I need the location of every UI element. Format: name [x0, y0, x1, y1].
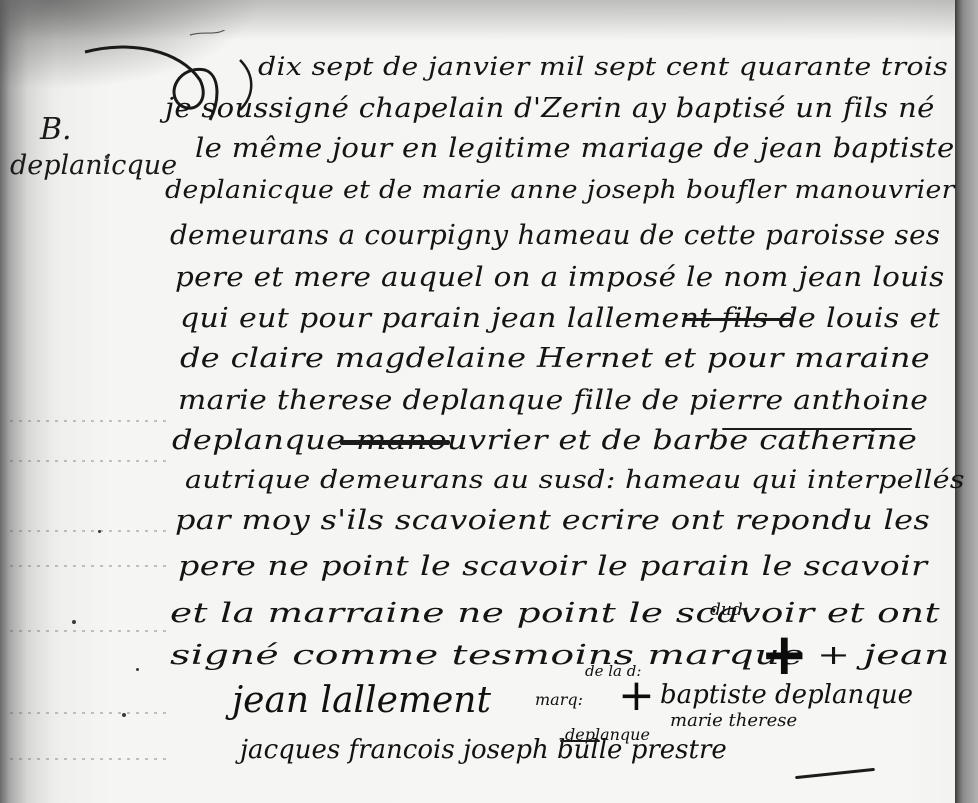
text-line-6: pere et mere auquel on a imposé le nom j…	[175, 262, 945, 293]
text-line-3: le même jour en legitime mariage de jean…	[195, 133, 955, 164]
faint-rule	[10, 565, 170, 567]
ink-speck	[72, 620, 76, 624]
paraphe-stroke	[795, 768, 875, 779]
text-line-13: pere ne point le scavoir le parain le sc…	[178, 551, 927, 582]
signature-baptiste-deplanque: baptiste deplanque	[660, 680, 913, 710]
faint-rule	[10, 530, 170, 532]
text-line-14: et la marraine ne point le scavoir et on…	[170, 598, 940, 629]
underline-stroke	[722, 428, 912, 430]
text-line-15: signé comme tesmoins marque + jean	[170, 640, 950, 671]
text-line-4: deplanicque et de marie anne joseph bouf…	[165, 175, 955, 204]
paraphe-stroke	[560, 740, 600, 742]
text-line-11: autrique demeurans au susd: hameau qui i…	[185, 465, 965, 494]
cross-mark-icon: +	[760, 620, 809, 688]
cross-mark-icon: +	[618, 670, 655, 721]
faint-rule	[10, 460, 170, 462]
signature-marq-label: marq:	[535, 690, 583, 709]
ink-speck	[136, 668, 139, 671]
ink-speck	[105, 155, 109, 159]
faint-rule	[10, 758, 170, 760]
scanned-register-page: B. deplanicque dix sept de janvier mil s…	[0, 0, 978, 803]
strike-through-stroke	[340, 440, 450, 445]
text-line-5: demeurans a courpigny hameau de cette pa…	[170, 220, 940, 251]
faint-rule	[10, 630, 170, 632]
faint-rule	[10, 420, 170, 422]
text-line-7: qui eut pour parain jean lallement fils …	[180, 303, 940, 334]
text-line-9: marie therese deplanque fille de pierre …	[178, 385, 928, 416]
ink-speck	[122, 713, 126, 717]
text-line-1: dix sept de janvier mil sept cent quaran…	[258, 52, 948, 81]
text-line-12: par moy s'ils scavoient ecrire ont repon…	[175, 505, 930, 536]
strike-through-stroke	[683, 318, 793, 321]
signature-marie-therese: marie therese	[670, 710, 797, 731]
annotation-dud: dud:	[710, 600, 748, 620]
ink-speck	[98, 530, 101, 533]
text-line-8: de claire magdelaine Hernet et pour mara…	[180, 343, 930, 374]
margin-surname: deplanicque	[10, 150, 177, 181]
faint-rule	[10, 712, 170, 714]
signature-jean-lallement: jean lallement	[232, 680, 491, 721]
margin-entry-type: B.	[40, 112, 72, 147]
text-line-2: je soussigné chapelain d'Zerin ay baptis…	[165, 93, 935, 124]
page-binding-edge	[955, 0, 978, 803]
signature-priest: jacques francois joseph bulle prestre	[240, 735, 727, 765]
